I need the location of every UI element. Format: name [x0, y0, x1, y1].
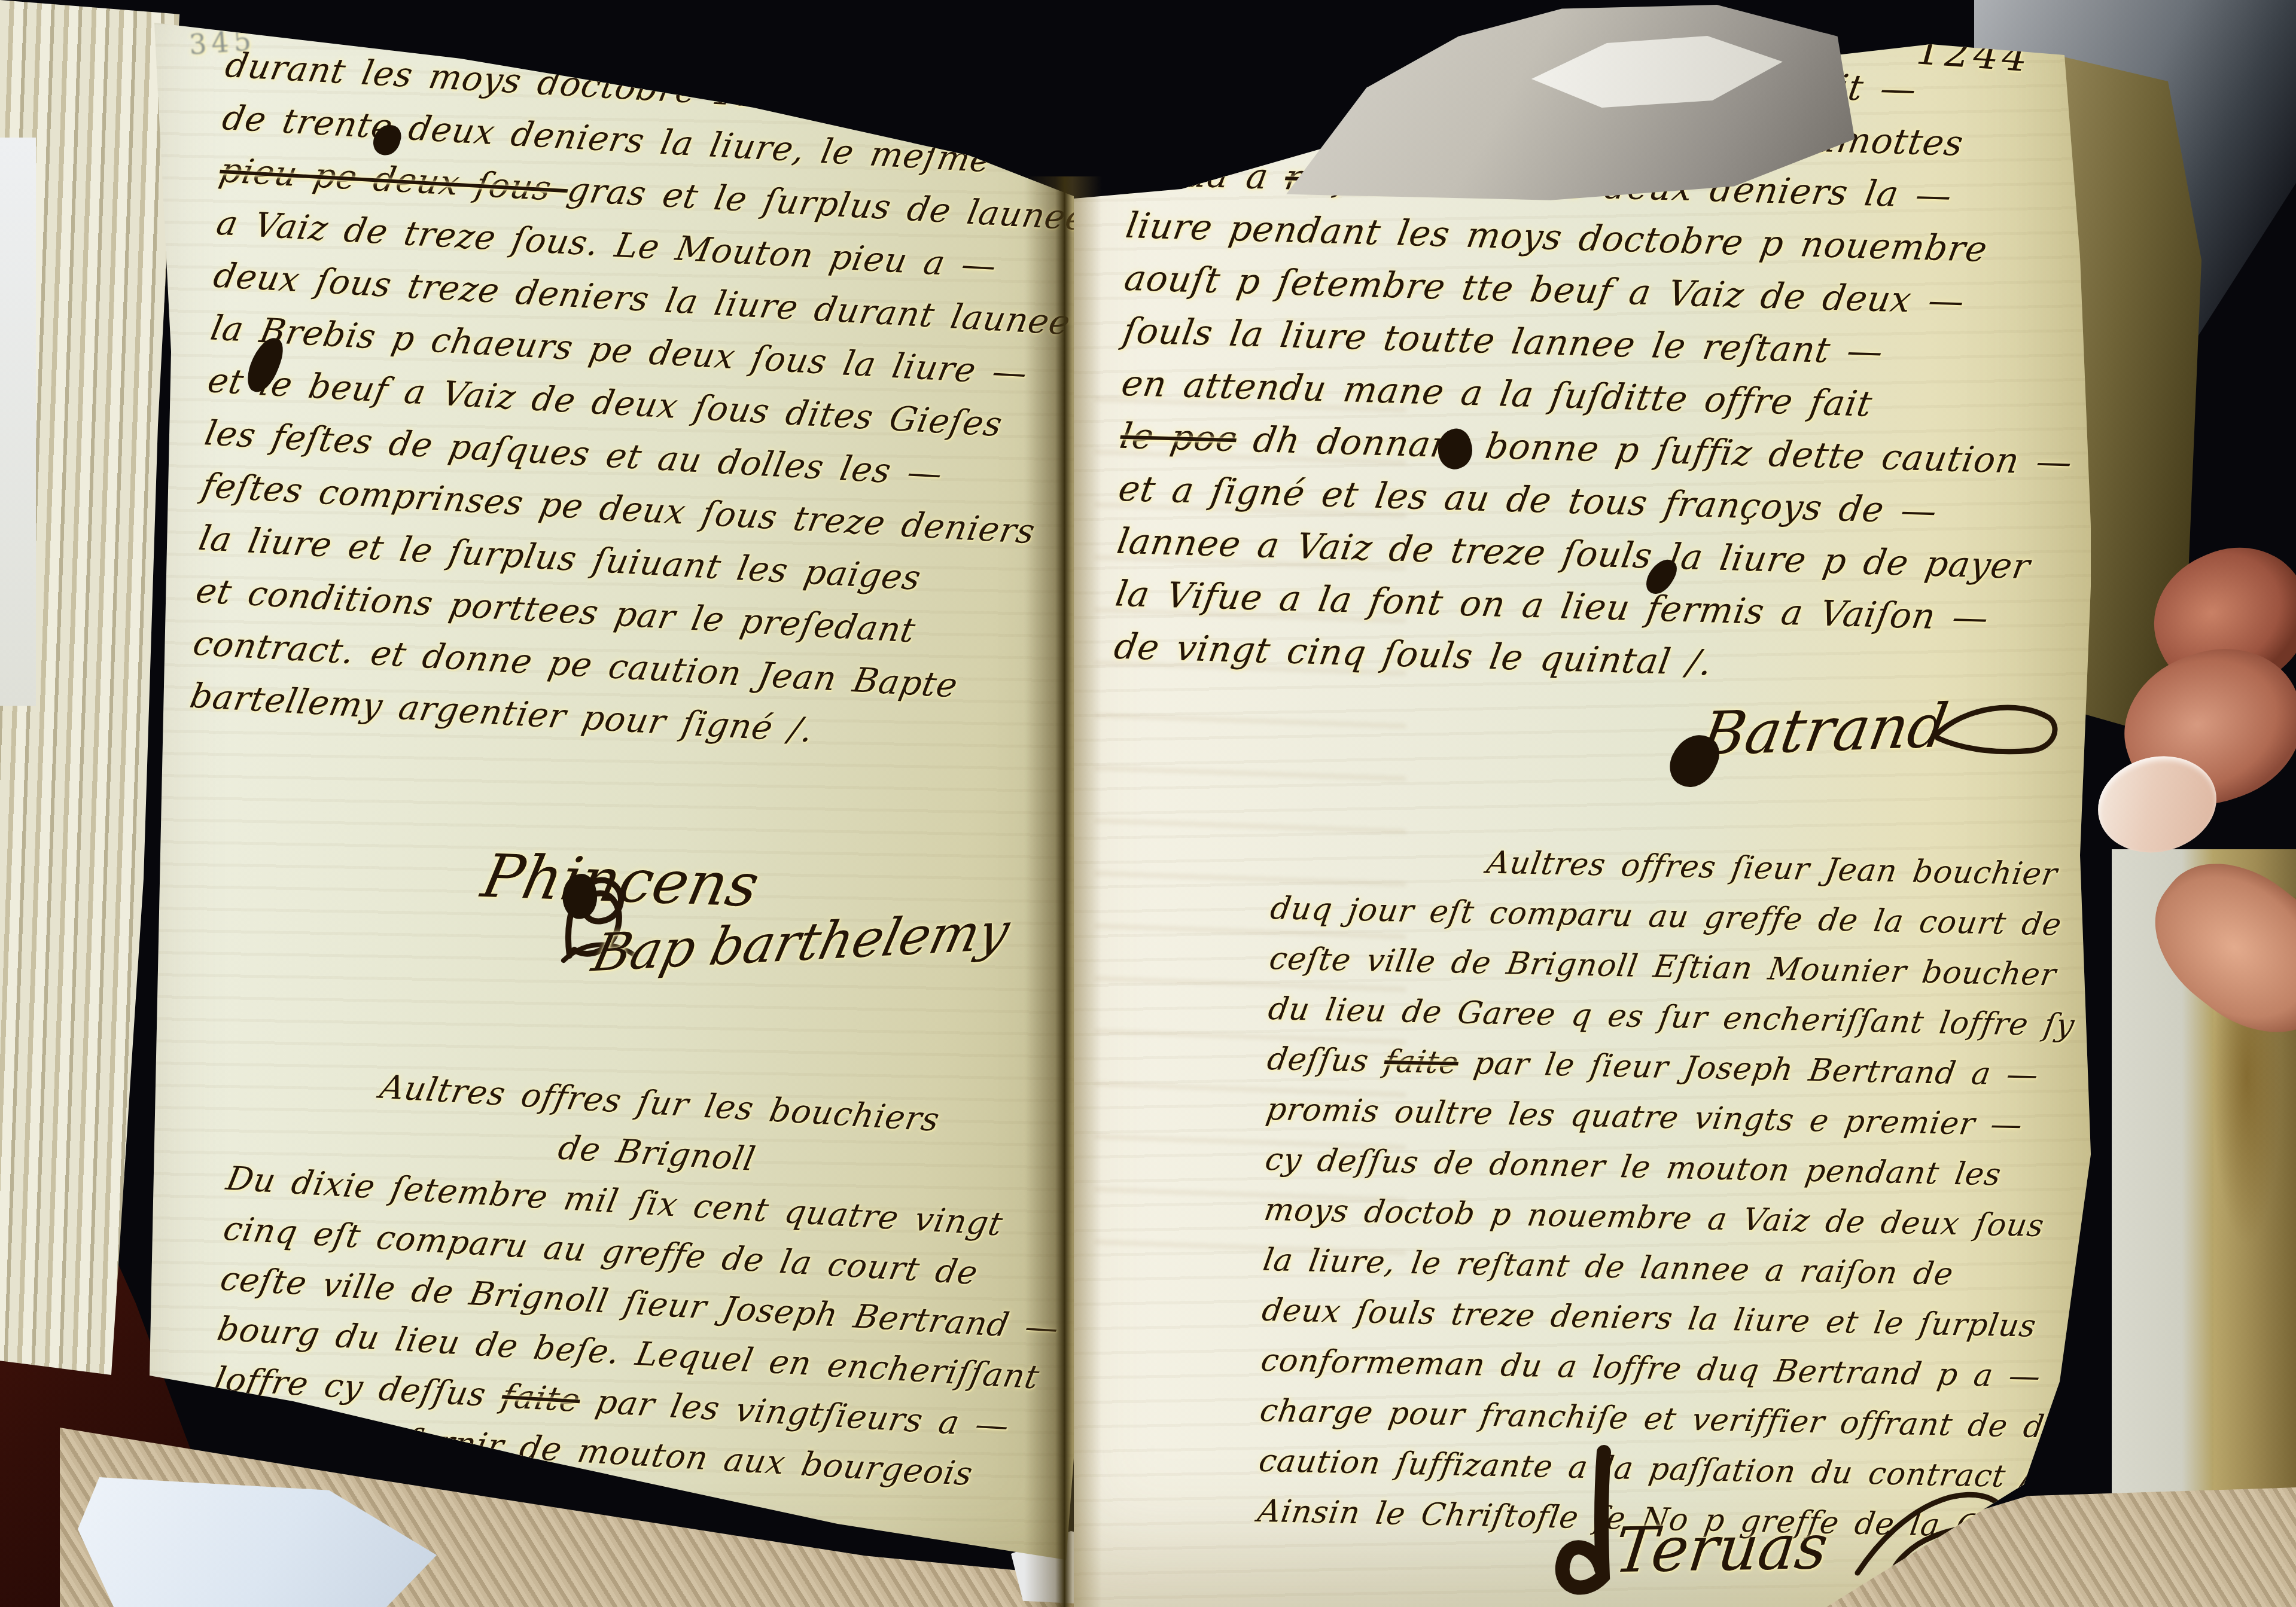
left-edge-highlight [0, 138, 36, 706]
capital-d-flourish-icon [1546, 1447, 1618, 1603]
batrand-flourish-icon [1929, 694, 2067, 772]
right-block-2: Aultres offres ſieur Jean bouchierduq jo… [1256, 840, 2090, 1560]
hand [2052, 538, 2296, 1077]
left-block-2: Aultres offres ſur les bouchiersde Brign… [209, 1059, 1087, 1511]
right-page: 1244 de lad ville durant lannee quy fini… [1074, 18, 2091, 1607]
left-block-1: durant les moys doctobre 15ml ſuiuant a … [188, 45, 1062, 775]
book-gutter-fold [1024, 176, 1102, 1607]
manuscript-photo: 345 durant les moys doctobre 15ml ſuiuan… [0, 0, 2296, 1607]
signature-batrand: Batrand [1696, 690, 1953, 769]
signature-teruas: Teruas [1611, 1510, 1832, 1587]
left-page: 345 durant les moys doctobre 15ml ſuiuan… [150, 17, 1074, 1596]
